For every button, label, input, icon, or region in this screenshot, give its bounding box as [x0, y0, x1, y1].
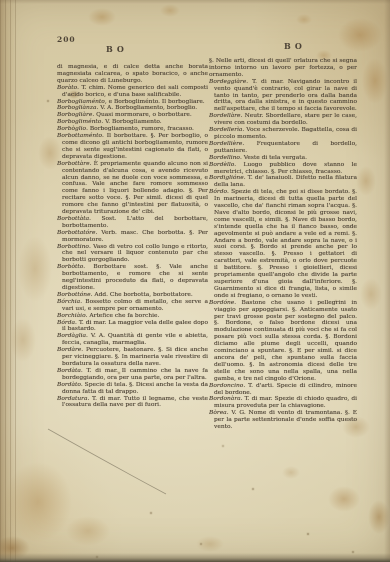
- dictionary-entry: Bordellerìa. Voce scherzevole. Bagattell…: [209, 127, 357, 141]
- page-top-edge: [0, 0, 390, 4]
- entry-headword: Bordatura: [57, 396, 87, 402]
- entry-headword: Borbottàre: [57, 161, 90, 167]
- entry-headword: Bordellière: [209, 141, 242, 147]
- dictionary-entry: Bordàto. Specie di tela. §. Dicesi anche…: [57, 382, 208, 396]
- entry-headword: Borbogliàre: [57, 112, 92, 118]
- entry-headword: Bordeggiàre: [209, 79, 246, 85]
- entry-headword: Bórchia: [57, 299, 80, 305]
- dictionary-entry: Bordèllo. Luogo pubblico dove stanno le …: [209, 162, 357, 176]
- dictionary-entry: Borbottàre. È propriamente quando alcuno…: [57, 161, 208, 216]
- entry-headword: Bordóne: [209, 300, 234, 306]
- entry-headword: Bordellàre: [209, 113, 241, 119]
- dictionary-entry: Bordàre. Percuotere, bastonare. §. Si di…: [57, 347, 208, 368]
- entry-headword: Bordàta: [57, 368, 81, 374]
- column-right: §. Nelle arti, dicesi di quell' orlatura…: [209, 58, 357, 466]
- dictionary-entry: Borbottaménto. Il borbottare. §. Per bor…: [57, 133, 208, 161]
- running-head-left: BO: [106, 44, 128, 54]
- dictionary-entry: Bordàglia. V. A. Quantità di gente vile …: [57, 333, 208, 347]
- dictionary-entry: Bordellino. Veste di tela vergata.: [209, 155, 357, 162]
- binding-gutter: [0, 0, 16, 562]
- running-head-right: BO: [284, 41, 306, 51]
- continuation-paragraph: §. Nelle arti, dicesi di quell' orlatura…: [209, 58, 357, 79]
- entry-headword: Borbottino: [57, 244, 89, 250]
- entry-headword: Borbòglio: [57, 126, 86, 132]
- dictionary-entry: Borbottóne. Add. Che borbotta, borbottat…: [57, 292, 208, 299]
- dictionary-entry: Bordiglióne. T. de' lanaiuoli. Difetto n…: [209, 175, 357, 189]
- entry-headword: Borbòtto: [57, 264, 83, 270]
- dictionary-entry: Borbottàta. Sost. L'atto del borbottare,…: [57, 216, 208, 230]
- entry-headword: Bòrea: [209, 410, 227, 416]
- entry-headword: Borbogliaménto: [57, 99, 105, 105]
- dictionary-entry: Bordellière. Frequentatore di bordello, …: [209, 141, 357, 155]
- entry-headword: Bordiglióne: [209, 175, 244, 181]
- entry-headword: Borbottàta: [57, 216, 89, 222]
- entry-headword: Borchiàio: [57, 313, 86, 319]
- entry-headword: Bordàto: [57, 382, 81, 388]
- entry-headword: Bordàre: [57, 347, 81, 353]
- entry-headword: Boràto: [57, 85, 77, 91]
- dictionary-entry: Borbòtto. Borbottare sost. §. Vale anche…: [57, 264, 208, 292]
- entry-headword: Borbottóne: [57, 292, 91, 298]
- entry-headword: Borbogliménto: [57, 119, 101, 125]
- dictionary-entry: Bordóne. Bastone che usano i pellegrini …: [209, 300, 357, 383]
- dictionary-entry: Bordeggiàre. T. di mar. Navigando incont…: [209, 79, 357, 114]
- dictionary-entry: Bordoncino. T. d'arti. Specie di cilindr…: [209, 383, 357, 397]
- dictionary-entry: Bordatura. T. di mar. Tutto il legname, …: [57, 396, 208, 410]
- page-bottom-edge: [0, 553, 390, 562]
- entry-headword: Bordellino: [209, 155, 240, 161]
- dictionary-entry: Bòrea. V. G. Nome di vento di tramontana…: [209, 410, 357, 431]
- page-number: 200: [57, 35, 76, 44]
- entry-headword: Borbottaménto: [57, 133, 102, 139]
- entry-headword: Borbogliànza: [57, 105, 96, 111]
- dictionary-entry: Bórda. T. di mar. La maggior vela delle …: [57, 320, 208, 334]
- dictionary-entry: Bórchia. Bossetto colmo di metallo, che …: [57, 299, 208, 313]
- dictionary-entry: Bordàta. T. di mar. Il cammino che la na…: [57, 368, 208, 382]
- entry-headword: Borbottatóre: [57, 230, 95, 236]
- dictionary-entry: Boràto. T. chim. Nome generico dei sali …: [57, 85, 208, 99]
- entry-headword: Bórdo: [209, 189, 227, 195]
- entry-headword: Bordàglia: [57, 333, 86, 339]
- page-right-edge: [384, 0, 390, 562]
- entry-headword: Bórda: [57, 320, 75, 326]
- continuation-paragraph: di magnesia, e di calce detta anche bora…: [57, 64, 208, 85]
- dictionary-entry: Bórdo. Spezie di tela, che poi si disse …: [209, 189, 357, 300]
- entry-headword: Bordellerìa: [209, 127, 242, 133]
- entry-headword: Bordoncino: [209, 383, 243, 389]
- column-left: di magnesia, e di calce detta anche bora…: [57, 64, 208, 474]
- dictionary-entry: Borbottatóre. Verb. masc. Che borbotta. …: [57, 230, 208, 244]
- dictionary-entry: Borbottino. Vaso di vetro col collo lung…: [57, 244, 208, 265]
- dictionary-entry: Bordonàra. T. di mar. Spezie di chiodo q…: [209, 396, 357, 410]
- dictionary-entry: Bordellàre. Neutr. Sbordellare, stare pe…: [209, 113, 357, 127]
- entry-headword: Bordèllo: [209, 162, 234, 168]
- dictionary-entry: Borchiàio. Artefice che fa borchie.: [57, 313, 208, 320]
- entry-headword: Bordonàra: [209, 396, 241, 402]
